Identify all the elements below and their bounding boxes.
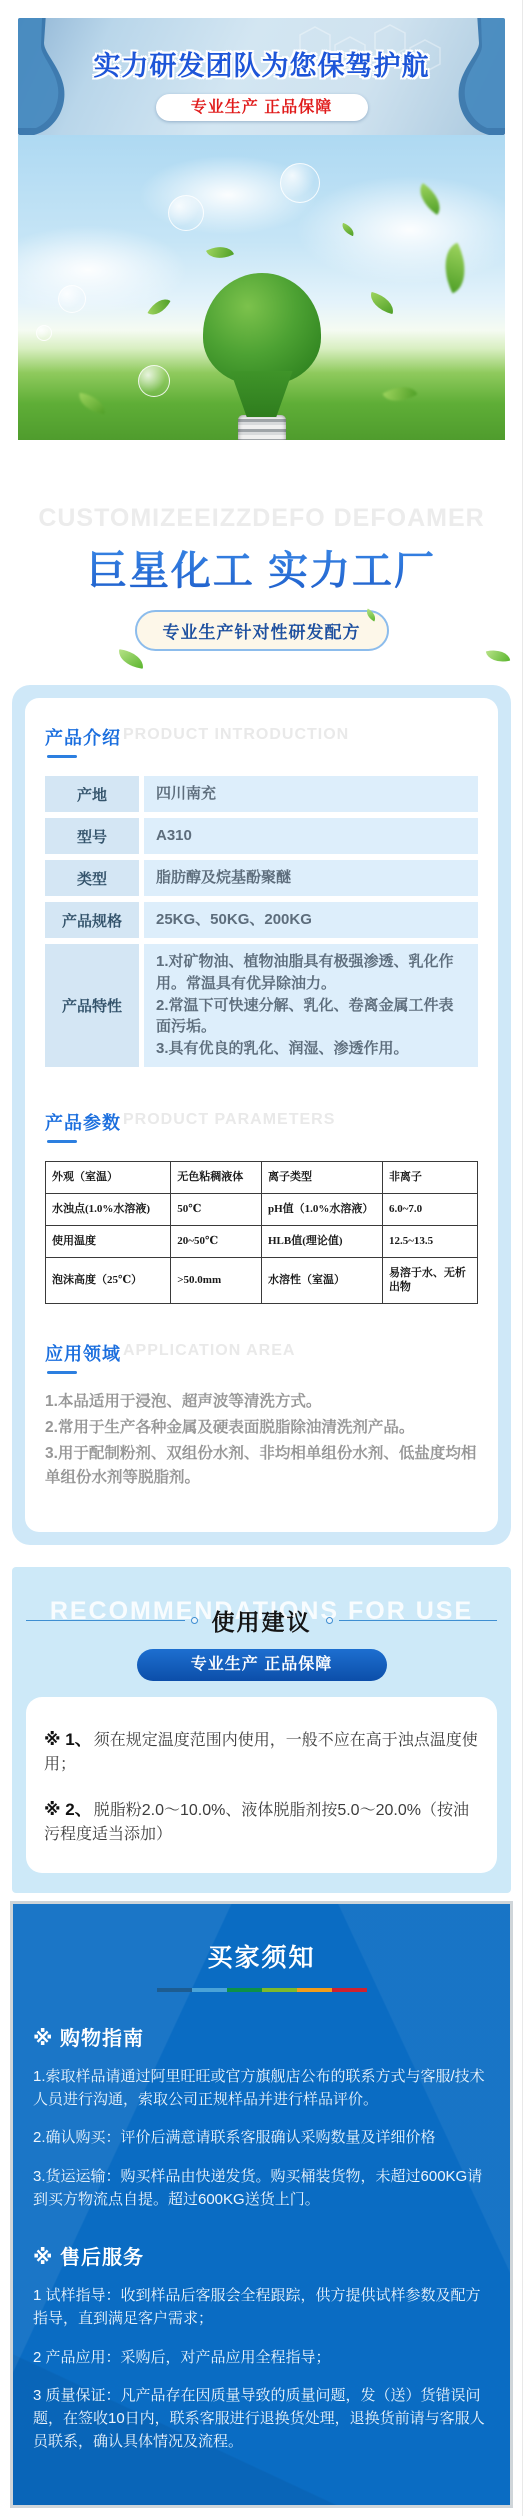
param-cell: >50.0mm bbox=[171, 1258, 262, 1303]
intro-row-label: 产地 bbox=[45, 776, 139, 812]
grass-lightbulb-graphic bbox=[197, 273, 327, 440]
intro-heading-text: 产品介绍 bbox=[45, 724, 121, 750]
table-row: 使用温度 20~50℃ HLB值(理论值) 12.5~13.5 bbox=[46, 1226, 478, 1258]
after-sale-heading: ※ 售后服务 bbox=[33, 2241, 490, 2270]
factory-badge: 专业生产针对性研发配方 bbox=[135, 610, 389, 651]
after-sale-paragraph: 3 质量保证：凡产品存在因质量导致的质量问题，发（送）货错误问题，在签收10日内… bbox=[33, 2384, 490, 2454]
multicolor-divider bbox=[33, 1988, 490, 1992]
param-cell: 无色粘稠液体 bbox=[171, 1161, 262, 1193]
divider-segment bbox=[157, 1988, 192, 1992]
usage-item-text: 须在规定温度范围内使用，一般不应在高于浊点温度使用； bbox=[44, 1732, 478, 1773]
dot-icon bbox=[326, 1617, 333, 1624]
table-row: 外观（室温） 无色粘稠液体 离子类型 非离子 bbox=[46, 1161, 478, 1193]
param-cell: 使用温度 bbox=[46, 1226, 171, 1258]
leaf-icon bbox=[383, 379, 418, 410]
usage-title: 使用建议 bbox=[204, 1604, 320, 1637]
table-row: 类型 脂肪醇及烷基酚聚醚 bbox=[45, 860, 478, 896]
hero-title: 实力研发团队为您保驾护航 bbox=[18, 44, 505, 83]
hero-quality-badge: 专业生产 正品保障 bbox=[156, 94, 368, 121]
buyer-title: 买家须知 bbox=[33, 1938, 490, 1974]
table-row: 泡沫高度（25℃） >50.0mm 水溶性（室温） 易溶于水、无析出物 bbox=[46, 1258, 478, 1303]
list-item: 1.本品适用于浸泡、超声波等清洗方式。 bbox=[45, 1390, 478, 1414]
intro-row-value: 四川南充 bbox=[144, 776, 478, 812]
intro-row-value: 25KG、50KG、200KG bbox=[144, 902, 478, 938]
intro-row-label: 型号 bbox=[45, 818, 139, 854]
params-heading-watermark: PRODUCT PARAMETERS bbox=[123, 1111, 335, 1129]
factory-watermark: CUSTOMIZEEIZZDEFO DEFOAMER bbox=[0, 504, 523, 533]
usage-item-prefix: ※ 1、 bbox=[44, 1730, 92, 1749]
bubble-icon bbox=[280, 163, 320, 203]
param-cell: 外观（室温） bbox=[46, 1161, 171, 1193]
intro-heading-watermark: PRODUCT INTRODUCTION bbox=[123, 726, 349, 744]
after-sale-paragraph: 2 产品应用：采购后，对产品应用全程指导； bbox=[33, 2346, 490, 2369]
buyer-notice-panel: 买家须知 ※ 购物指南 1.索取样品请通过阿里旺旺或官方旗舰店公布的联系方式与客… bbox=[10, 1901, 513, 2508]
param-cell: 6.0~7.0 bbox=[382, 1193, 477, 1225]
bubble-icon bbox=[36, 325, 52, 341]
table-row: 产地 四川南充 bbox=[45, 776, 478, 812]
factory-title: 巨星化工 实力工厂 bbox=[0, 539, 523, 596]
param-cell: 非离子 bbox=[382, 1161, 477, 1193]
product-info-card: 产品介绍 PRODUCT INTRODUCTION 产地 四川南充 型号 A31… bbox=[12, 685, 511, 1545]
divider-segment bbox=[227, 1988, 262, 1992]
param-cell: 离子类型 bbox=[261, 1161, 382, 1193]
application-list: 1.本品适用于浸泡、超声波等清洗方式。 2.常用于生产各种金属及硬表面脱脂除油清… bbox=[45, 1390, 478, 1490]
table-row: 水浊点(1.0%水溶液) 50℃ pH值（1.0%水溶液） 6.0~7.0 bbox=[46, 1193, 478, 1225]
grass-lightbulb-image bbox=[18, 135, 505, 440]
dot-icon bbox=[191, 1617, 198, 1624]
param-cell: 50℃ bbox=[171, 1193, 262, 1225]
bulb-neck-graphic bbox=[225, 371, 299, 417]
intro-row-label: 类型 bbox=[45, 860, 139, 896]
product-info-card-inner: 产品介绍 PRODUCT INTRODUCTION 产地 四川南充 型号 A31… bbox=[25, 698, 498, 1532]
usage-section: RECOMMENDATIONS FOR USE 使用建议 专业生产 正品保障 ※… bbox=[12, 1567, 511, 1893]
leaf-icon bbox=[206, 241, 234, 265]
params-section-heading: 产品参数 PRODUCT PARAMETERS bbox=[45, 1109, 478, 1143]
bubble-icon bbox=[168, 195, 204, 231]
leaf-icon bbox=[117, 649, 145, 668]
leaf-icon bbox=[367, 292, 396, 314]
shopping-guide-paragraph: 3.货运运输：购买样品由快递发货。购买桶装货物，未超过600KG请到买方物流点自… bbox=[33, 2165, 490, 2212]
param-cell: 易溶于水、无析出物 bbox=[382, 1258, 477, 1303]
divider-line bbox=[26, 1620, 185, 1621]
table-row: 产品规格 25KG、50KG、200KG bbox=[45, 902, 478, 938]
divider-segment bbox=[192, 1988, 227, 1992]
bubble-icon bbox=[138, 365, 170, 397]
usage-item-prefix: ※ 2、 bbox=[44, 1800, 92, 1819]
after-sale-paragraph: 1 试样指导：收到样品后客服会全程跟踪，供方提供试样参数及配方指导，直到满足客户… bbox=[33, 2284, 490, 2331]
bulb-globe-graphic bbox=[203, 273, 321, 385]
param-cell: 12.5~13.5 bbox=[382, 1226, 477, 1258]
application-section-heading: 应用领域 APPLICATION AREA bbox=[45, 1340, 478, 1374]
intro-row-value: 脂肪醇及烷基酚聚醚 bbox=[144, 860, 478, 896]
factory-section: CUSTOMIZEEIZZDEFO DEFOAMER 巨星化工 实力工厂 专业生… bbox=[0, 440, 523, 685]
table-row: 型号 A310 bbox=[45, 818, 478, 854]
bubble-icon bbox=[58, 285, 86, 313]
table-row: 产品特性 1.对矿物油、植物油脂具有极强渗透、乳化作用。常温具有优异除油力。 2… bbox=[45, 944, 478, 1067]
param-cell: 水溶性（室温） bbox=[261, 1258, 382, 1303]
usage-item-text: 脱脂粉2.0～10.0%、液体脱脂剂按5.0～20.0%（按油污程度适当添加） bbox=[44, 1802, 469, 1843]
param-cell: 20~50℃ bbox=[171, 1226, 262, 1258]
divider-segment bbox=[297, 1988, 332, 1992]
params-heading-text: 产品参数 bbox=[45, 1109, 121, 1135]
intro-row-label: 产品规格 bbox=[45, 902, 139, 938]
usage-quality-badge: 专业生产 正品保障 bbox=[137, 1649, 387, 1681]
shopping-guide-paragraph: 2.确认购买：评价后满意请联系客服确认采购数量及详细价格 bbox=[33, 2126, 490, 2149]
cloud-graphic bbox=[295, 175, 505, 285]
application-heading-watermark: APPLICATION AREA bbox=[123, 1342, 295, 1360]
divider-line bbox=[339, 1620, 498, 1621]
param-cell: 水浊点(1.0%水溶液) bbox=[46, 1193, 171, 1225]
param-cell: 泡沫高度（25℃） bbox=[46, 1258, 171, 1303]
shopping-guide-heading: ※ 购物指南 bbox=[33, 2022, 490, 2051]
usage-item: ※ 2、脱脂粉2.0～10.0%、液体脱脂剂按5.0～20.0%（按油污程度适当… bbox=[44, 1797, 479, 1847]
list-item: 3.用于配制粉剂、双组份水剂、非均相单组份水剂、低盐度均相单组份水剂等脱脂剂。 bbox=[45, 1442, 478, 1490]
usage-item: ※ 1、须在规定温度范围内使用，一般不应在高于浊点温度使用； bbox=[44, 1727, 479, 1777]
intro-section-heading: 产品介绍 PRODUCT INTRODUCTION bbox=[45, 724, 478, 758]
intro-row-value: 1.对矿物油、植物油脂具有极强渗透、乳化作用。常温具有优异除油力。 2.常温下可… bbox=[144, 944, 478, 1067]
divider-segment bbox=[332, 1988, 367, 1992]
usage-card: ※ 1、须在规定温度范围内使用，一般不应在高于浊点温度使用； ※ 2、脱脂粉2.… bbox=[26, 1697, 497, 1873]
leaf-icon bbox=[77, 393, 108, 415]
product-detail-page: 实力研发团队为您保驾护航 专业生产 正品保障 CUSTOMIZEEIZZDEFO… bbox=[0, 18, 523, 2508]
params-table: 外观（室温） 无色粘稠液体 离子类型 非离子 水浊点(1.0%水溶液) 50℃ … bbox=[45, 1161, 478, 1304]
usage-title-row: 使用建议 bbox=[12, 1604, 511, 1637]
param-cell: pH值（1.0%水溶液） bbox=[261, 1193, 382, 1225]
intro-row-value: A310 bbox=[144, 818, 478, 854]
bulb-screw-base-graphic bbox=[238, 415, 286, 440]
hero-banner: 实力研发团队为您保驾护航 专业生产 正品保障 bbox=[18, 18, 505, 135]
list-item: 2.常用于生产各种金属及硬表面脱脂除油清洗剂产品。 bbox=[45, 1416, 478, 1440]
divider-segment bbox=[262, 1988, 297, 1992]
intro-row-label: 产品特性 bbox=[45, 944, 139, 1067]
param-cell: HLB值(理论值) bbox=[261, 1226, 382, 1258]
shopping-guide-paragraph: 1.索取样品请通过阿里旺旺或官方旗舰店公布的联系方式与客服/技术人员进行沟通，索… bbox=[33, 2065, 490, 2112]
application-heading-text: 应用领域 bbox=[45, 1340, 121, 1366]
intro-table: 产地 四川南充 型号 A310 类型 脂肪醇及烷基酚聚醚 产品规格 25KG、5… bbox=[45, 776, 478, 1067]
